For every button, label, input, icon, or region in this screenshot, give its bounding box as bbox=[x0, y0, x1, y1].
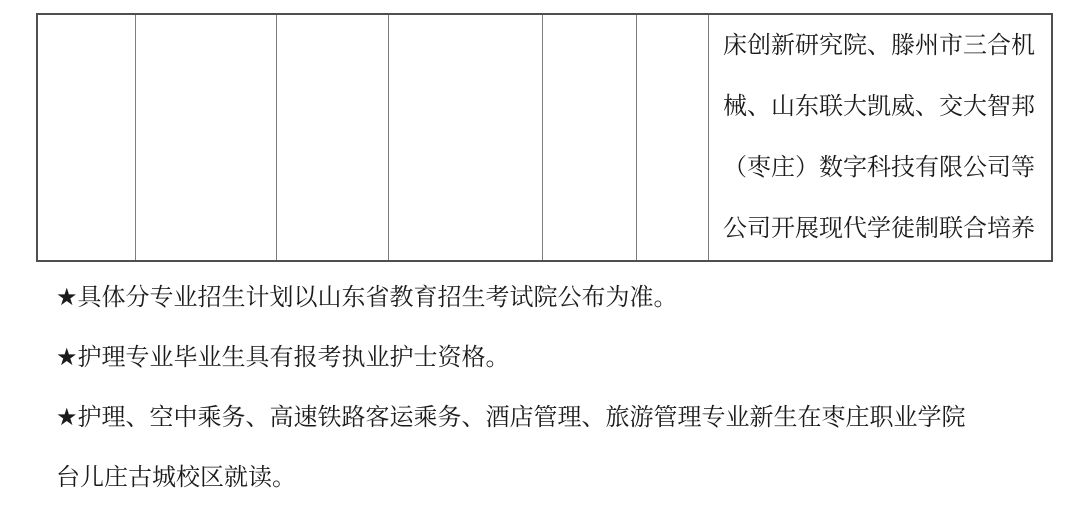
admission-table: 床创新研究院、滕州市三合机 械、山东联大凯威、交大智邦 （枣庄）数字科技有限公司… bbox=[36, 13, 1053, 262]
table-cell-empty-4 bbox=[388, 15, 542, 260]
table-cell-empty-6 bbox=[636, 15, 708, 260]
note-campus-location: ★护理、空中乘务、高速铁路客运乘务、酒店管理、旅游管理专业新生在枣庄职业学院 台… bbox=[56, 388, 1036, 508]
note-line: ★护理、空中乘务、高速铁路客运乘务、酒店管理、旅游管理专业新生在枣庄职业学院 bbox=[56, 388, 1036, 448]
table-cell-empty-5 bbox=[542, 15, 636, 260]
table-cell-empty-1 bbox=[38, 15, 135, 260]
notes-section: ★具体分专业招生计划以山东省教育招生考试院公布为准。 ★护理专业毕业生具有报考执… bbox=[56, 268, 1036, 508]
note-line: 台儿庄古城校区就读。 bbox=[56, 448, 1036, 508]
table-cell-partners: 床创新研究院、滕州市三合机 械、山东联大凯威、交大智邦 （枣庄）数字科技有限公司… bbox=[708, 15, 1051, 260]
table-cell-empty-2 bbox=[135, 15, 276, 260]
note-line: ★具体分专业招生计划以山东省教育招生考试院公布为准。 bbox=[56, 268, 1036, 328]
note-enrollment-plan: ★具体分专业招生计划以山东省教育招生考试院公布为准。 bbox=[56, 268, 1036, 328]
note-line: ★护理专业毕业生具有报考执业护士资格。 bbox=[56, 328, 1036, 388]
partner-cell-line: （枣庄）数字科技有限公司等 bbox=[723, 137, 1042, 198]
partner-cell-line: 械、山东联大凯威、交大智邦 bbox=[723, 76, 1042, 137]
document-page: { "page": { "background_color": "#ffffff… bbox=[0, 0, 1080, 510]
partner-cell-line: 床创新研究院、滕州市三合机 bbox=[723, 15, 1042, 76]
note-nurse-qualification: ★护理专业毕业生具有报考执业护士资格。 bbox=[56, 328, 1036, 388]
table-cell-empty-3 bbox=[276, 15, 388, 260]
partner-cell-line: 公司开展现代学徒制联合培养 bbox=[723, 198, 1042, 259]
